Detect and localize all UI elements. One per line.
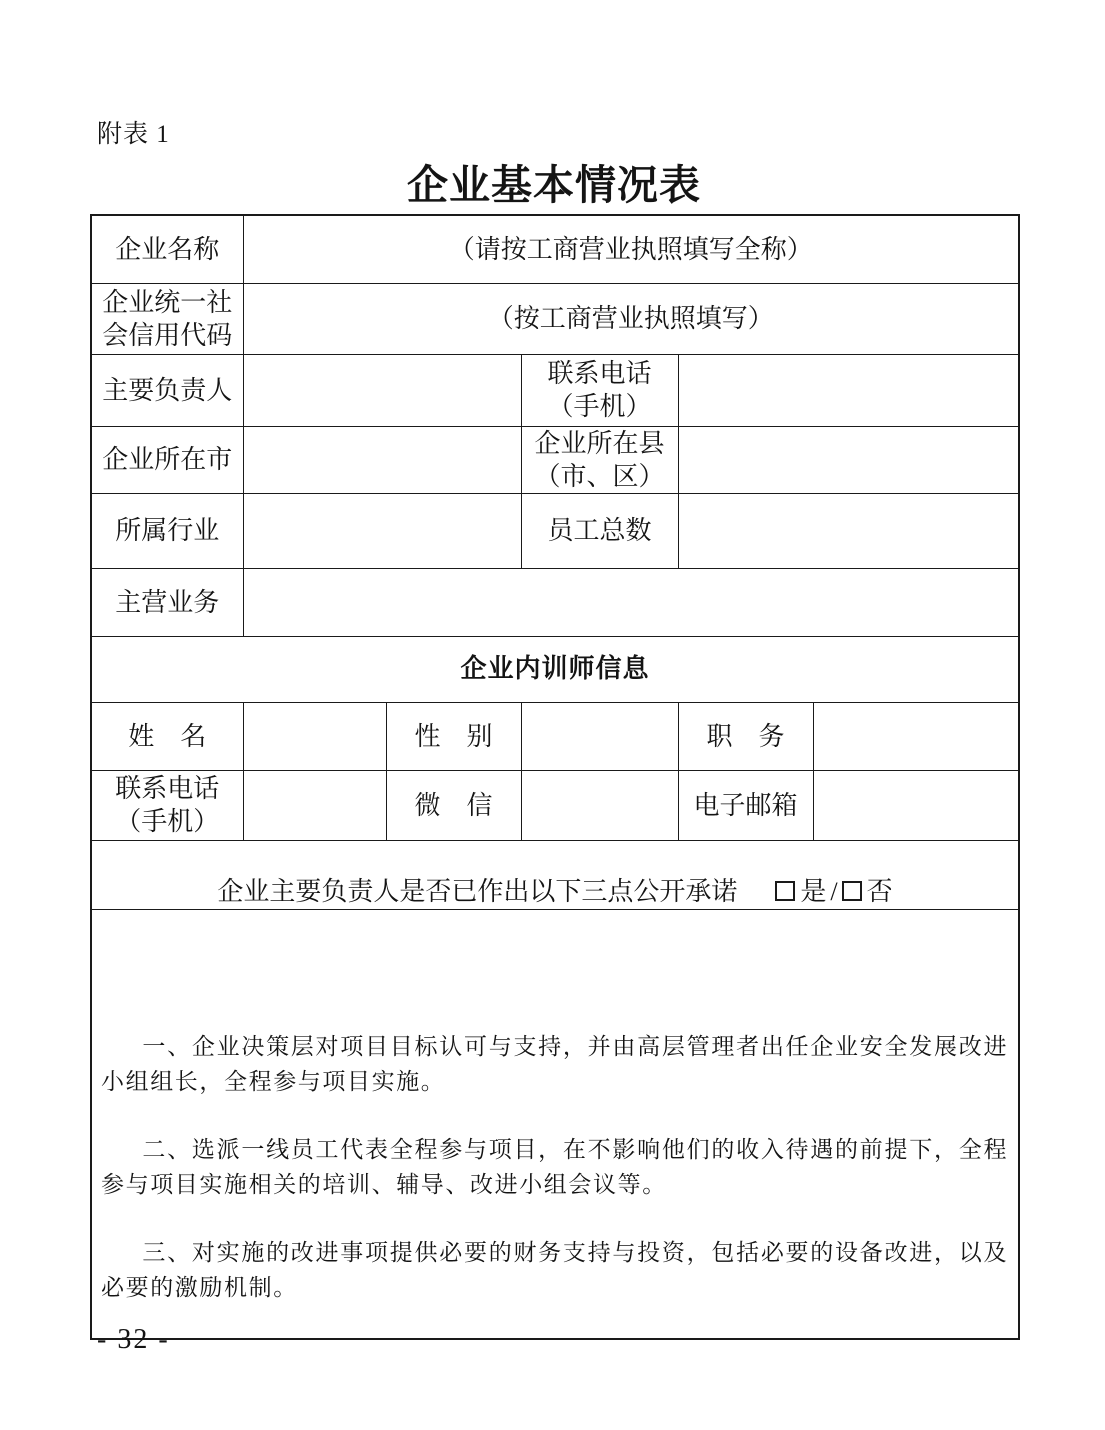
promise-yes-checkbox[interactable]	[775, 881, 795, 901]
promise-choice-group: 是/否	[775, 877, 892, 906]
trainer-name-label-cell: 姓 名	[91, 702, 243, 770]
credit-code-label-cell: 企业统一社 会信用代码	[91, 283, 243, 354]
table-row: 企业所在市 企业所在县 （市、区）	[91, 426, 1019, 493]
city-input-cell[interactable]	[243, 426, 521, 493]
table-row: 企业主要负责人是否已作出以下三点公开承诺是/否	[91, 840, 1019, 909]
table-row: 姓 名 性 别 职 务	[91, 702, 1019, 770]
contact-phone-label-cell: 联系电话 （手机）	[521, 354, 678, 426]
trainer-email-label-cell: 电子邮箱	[678, 770, 813, 840]
industry-input-cell[interactable]	[243, 493, 521, 568]
promise-question: 企业主要负责人是否已作出以下三点公开承诺	[217, 877, 737, 906]
enterprise-info-table: 企业名称 （请按工商营业执照填写全称） 企业统一社 会信用代码 （按工商营业执照…	[90, 214, 1020, 1340]
trainer-phone-label-cell: 联系电话 （手机）	[91, 770, 243, 840]
county-label-cell: 企业所在县 （市、区）	[521, 426, 678, 493]
commitment-item-1: 一、企业决策层对项目目标认可与支持，并由高层管理者出任企业安全发展改进小组组长，…	[101, 1029, 1008, 1099]
promise-no-checkbox[interactable]	[842, 881, 862, 901]
credit-code-input-cell[interactable]: （按工商营业执照填写）	[243, 283, 1019, 354]
promise-yes-label: 是	[800, 877, 826, 906]
company-name-input-cell[interactable]: （请按工商营业执照填写全称）	[243, 215, 1019, 283]
employee-count-input-cell[interactable]	[678, 493, 1019, 568]
promise-row-cell: 企业主要负责人是否已作出以下三点公开承诺是/否	[91, 840, 1019, 909]
table-row: 联系电话 （手机） 微 信 电子邮箱	[91, 770, 1019, 840]
commitments-cell: 一、企业决策层对项目目标认可与支持，并由高层管理者出任企业安全发展改进小组组长，…	[91, 909, 1019, 1339]
document-page: 附表 1 企业基本情况表 企业名称 （请按工商营业执照填写全称） 企业统一社 会…	[0, 0, 1105, 1430]
company-name-label-cell: 企业名称	[91, 215, 243, 283]
trainer-phone-input-cell[interactable]	[243, 770, 386, 840]
commitment-item-3: 三、对实施的改进事项提供必要的财务支持与投资，包括必要的设备改进，以及必要的激励…	[101, 1235, 1008, 1305]
contact-phone-input-cell[interactable]	[678, 354, 1019, 426]
trainer-name-input-cell[interactable]	[243, 702, 386, 770]
trainer-section-header: 企业内训师信息	[91, 636, 1019, 702]
trainer-gender-input-cell[interactable]	[521, 702, 678, 770]
page-title: 企业基本情况表	[90, 152, 1018, 211]
city-label-cell: 企业所在市	[91, 426, 243, 493]
promise-separator: /	[826, 877, 841, 906]
table-row: 一、企业决策层对项目目标认可与支持，并由高层管理者出任企业安全发展改进小组组长，…	[91, 909, 1019, 1339]
trainer-wechat-label-cell: 微 信	[386, 770, 521, 840]
attachment-label: 附表 1	[97, 114, 170, 150]
table-row: 企业内训师信息	[91, 636, 1019, 702]
main-business-input-cell[interactable]	[243, 568, 1019, 636]
principal-input-cell[interactable]	[243, 354, 521, 426]
trainer-wechat-input-cell[interactable]	[521, 770, 678, 840]
trainer-gender-label-cell: 性 别	[386, 702, 521, 770]
table-row: 主要负责人 联系电话 （手机）	[91, 354, 1019, 426]
commitment-item-2: 二、选派一线员工代表全程参与项目，在不影响他们的收入待遇的前提下，全程参与项目实…	[101, 1132, 1008, 1202]
page-number: - 32 -	[97, 1324, 170, 1356]
employee-count-label-cell: 员工总数	[521, 493, 678, 568]
trainer-position-input-cell[interactable]	[813, 702, 1019, 770]
trainer-position-label-cell: 职 务	[678, 702, 813, 770]
promise-no-label: 否	[867, 877, 893, 906]
table-row: 企业名称 （请按工商营业执照填写全称）	[91, 215, 1019, 283]
industry-label-cell: 所属行业	[91, 493, 243, 568]
trainer-email-input-cell[interactable]	[813, 770, 1019, 840]
main-business-label-cell: 主营业务	[91, 568, 243, 636]
table-row: 企业统一社 会信用代码 （按工商营业执照填写）	[91, 283, 1019, 354]
table-row: 所属行业 员工总数	[91, 493, 1019, 568]
principal-label-cell: 主要负责人	[91, 354, 243, 426]
table-row: 主营业务	[91, 568, 1019, 636]
county-input-cell[interactable]	[678, 426, 1019, 493]
